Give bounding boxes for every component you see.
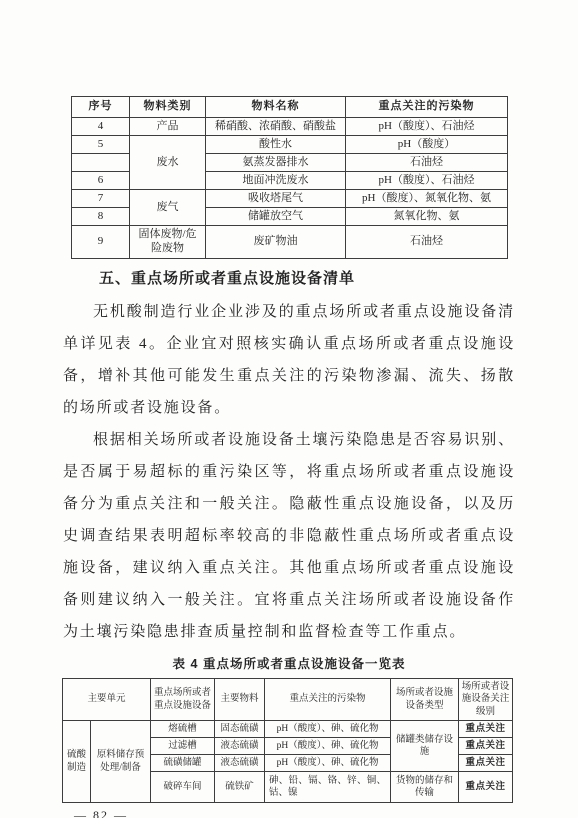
cell-pollutants: pH（酸度）、砷、硫化物	[265, 755, 391, 772]
col-key-pollutants: 重点关注的污染物	[265, 679, 391, 721]
cell-attention-level: 重点关注	[459, 721, 513, 738]
col-main-unit: 主要单元	[63, 679, 151, 721]
paragraph-2: 根据相关场所或者设施设备土壤污染隐患是否容易识别、是否属于易超标的重污染区等，将…	[63, 424, 515, 648]
cell-facility-type: 储罐类储存设施	[391, 721, 459, 772]
page-number: — 82 —	[74, 808, 578, 818]
cell-material-name: 地面冲洗废水	[206, 172, 346, 190]
col-attention-level: 场所或者设施设备关注级别	[459, 679, 513, 721]
cell-pollutants: pH（酸度）、砷、硫化物	[265, 721, 391, 738]
cell-pollutants: 砷、铅、镉、铬、锌、铜、钴、镍	[265, 772, 391, 803]
col-main-material: 主要物料	[215, 679, 265, 721]
cell-category: 固体废物/危险废物	[130, 226, 206, 259]
cell-material: 液态硫磺	[215, 755, 265, 772]
material-pollutants-table: 序号 物料类别 物料名称 重点关注的污染物 4 产品 稀硝酸、浓硝酸、硝酸盐 p…	[71, 96, 508, 259]
cell-place: 破碎车间	[151, 772, 215, 803]
cell-pollutants: pH（酸度）	[346, 136, 508, 154]
cell-material-name: 储罐放空气	[206, 208, 346, 226]
cell-attention-level: 重点关注	[459, 772, 513, 803]
cell-material-name: 稀硝酸、浓硝酸、硝酸盐	[206, 118, 346, 136]
table-row: 硫酸制造 原料储存预处理/制备 熔硫槽 固态硫磺 pH（酸度）、砷、硫化物 储罐…	[63, 721, 513, 738]
cell-material-name: 酸性水	[206, 136, 346, 154]
cell-pollutants: pH（酸度）、石油烃	[346, 172, 508, 190]
cell-material: 固态硫磺	[215, 721, 265, 738]
col-key-pollutants: 重点关注的污染物	[346, 97, 508, 118]
cell-category: 废水	[130, 136, 206, 190]
document-page: 序号 物料类别 物料名称 重点关注的污染物 4 产品 稀硝酸、浓硝酸、硝酸盐 p…	[0, 0, 578, 818]
cell-pollutants: 石油烃	[346, 154, 508, 172]
cell-serial-no: 6	[72, 172, 130, 190]
cell-attention-level: 重点关注	[459, 755, 513, 772]
col-facility-type: 场所或者设施设备类型	[391, 679, 459, 721]
table-row: 4 产品 稀硝酸、浓硝酸、硝酸盐 pH（酸度）、石油烃	[72, 118, 508, 136]
cell-facility-type: 货物的储存和传输	[391, 772, 459, 803]
cell-serial-no: 5	[72, 136, 130, 154]
cell-serial-no: 9	[72, 226, 130, 259]
cell-serial-no: 4	[72, 118, 130, 136]
table-header-row: 序号 物料类别 物料名称 重点关注的污染物	[72, 97, 508, 118]
cell-serial-no	[72, 154, 130, 172]
col-material-category: 物料类别	[130, 97, 206, 118]
cell-material-name: 氨蒸发器排水	[206, 154, 346, 172]
cell-pollutants: pH（酸度）、石油烃	[346, 118, 508, 136]
cell-serial-no: 8	[72, 208, 130, 226]
cell-unit-group: 硫酸制造	[63, 721, 91, 803]
cell-place: 过滤槽	[151, 738, 215, 755]
table-row: 5 废水 酸性水 pH（酸度）	[72, 136, 508, 154]
cell-pollutants: 氮氧化物、氨	[346, 208, 508, 226]
table-row: 9 固体废物/危险废物 废矿物油 石油烃	[72, 226, 508, 259]
cell-pollutants: pH（酸度）、氮氧化物、氨	[346, 190, 508, 208]
col-key-place: 重点场所或者重点设施设备	[151, 679, 215, 721]
section-heading: 五、重点场所或者重点设施设备清单	[99, 268, 578, 289]
table4-caption: 表 4 重点场所或者重点设施设备一览表	[0, 653, 578, 675]
cell-sub-unit: 原料储存预处理/制备	[91, 721, 151, 803]
cell-attention-level: 重点关注	[459, 738, 513, 755]
cell-pollutants: pH（酸度）、砷、硫化物	[265, 738, 391, 755]
cell-place: 熔硫槽	[151, 721, 215, 738]
cell-category: 产品	[130, 118, 206, 136]
cell-material-name: 吸收塔尾气	[206, 190, 346, 208]
cell-serial-no: 7	[72, 190, 130, 208]
col-material-name: 物料名称	[206, 97, 346, 118]
table-row: 7 废气 吸收塔尾气 pH（酸度）、氮氧化物、氨	[72, 190, 508, 208]
cell-category: 废气	[130, 190, 206, 226]
table-header-row: 主要单元 重点场所或者重点设施设备 主要物料 重点关注的污染物 场所或者设施设备…	[63, 679, 513, 721]
cell-material-name: 废矿物油	[206, 226, 346, 259]
col-serial-no: 序号	[72, 97, 130, 118]
cell-place: 硫磺储罐	[151, 755, 215, 772]
cell-material: 硫铁矿	[215, 772, 265, 803]
cell-pollutants: 石油烃	[346, 226, 508, 259]
key-places-table: 主要单元 重点场所或者重点设施设备 主要物料 重点关注的污染物 场所或者设施设备…	[62, 678, 513, 803]
paragraph-1: 无机酸制造行业企业涉及的重点场所或者重点设施设备清单详见表 4。企业宜对照核实确…	[63, 296, 515, 424]
cell-material: 液态硫磺	[215, 738, 265, 755]
